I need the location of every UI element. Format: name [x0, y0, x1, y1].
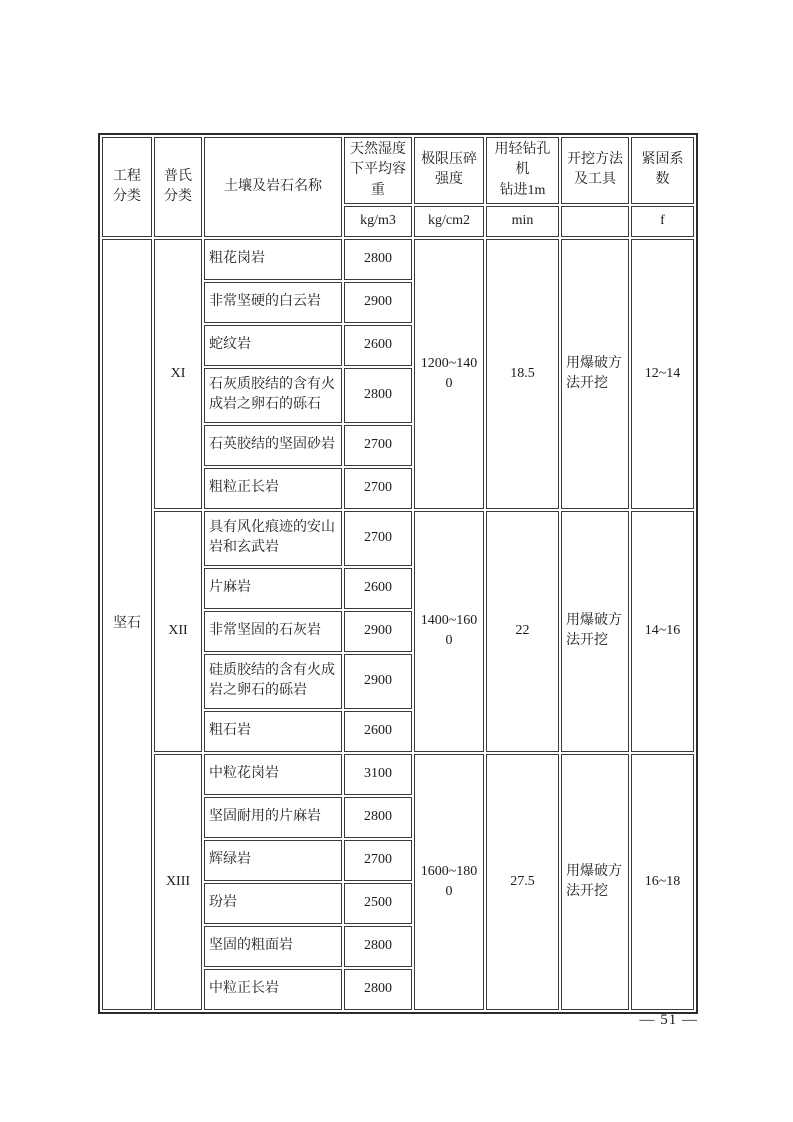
rock-name-cell: 粗粒正长岩 — [204, 468, 342, 509]
cell-class-xiii: XIII — [154, 754, 202, 1010]
rock-name-cell: 片麻岩 — [204, 568, 342, 609]
drill-time-cell-xi: 18.5 — [486, 239, 559, 509]
density-cell: 2700 — [344, 840, 412, 881]
cell-class-xii: XII — [154, 511, 202, 752]
header-firmness-title: 紧固系数 — [631, 137, 694, 204]
density-cell: 2700 — [344, 425, 412, 466]
header-engineering-class: 工程 分类 — [102, 137, 152, 237]
rock-name-cell: 具有风化痕迹的安山岩和玄武岩 — [204, 511, 342, 566]
density-cell: 2500 — [344, 883, 412, 924]
rock-name-cell: 坚固的粗面岩 — [204, 926, 342, 967]
header-density-title: 天然湿度 下平均容重 — [344, 137, 412, 204]
density-cell: 2900 — [344, 611, 412, 652]
density-cell: 2900 — [344, 282, 412, 323]
header-row-titles: 工程 分类 普氏 分类 土壤及岩石名称 天然湿度 下平均容重 极限压碎 强度 用… — [102, 137, 694, 204]
firmness-cell-xii: 14~16 — [631, 511, 694, 752]
strength-cell-xiii: 1600~1800 — [414, 754, 484, 1010]
rock-name-cell: 玢岩 — [204, 883, 342, 924]
strength-cell-xi: 1200~1400 — [414, 239, 484, 509]
rock-name-cell: 中粒花岗岩 — [204, 754, 342, 795]
header-drill-time-title: 用轻钻孔机 钻进1m — [486, 137, 559, 204]
header-crush-strength-title: 极限压碎 强度 — [414, 137, 484, 204]
rock-name-cell: 坚固耐用的片麻岩 — [204, 797, 342, 838]
rock-name-cell: 辉绿岩 — [204, 840, 342, 881]
density-cell: 3100 — [344, 754, 412, 795]
density-cell: 2600 — [344, 325, 412, 366]
density-cell: 2600 — [344, 711, 412, 752]
unit-excavation — [561, 206, 629, 237]
density-cell: 2600 — [344, 568, 412, 609]
cell-class-xi: XI — [154, 239, 202, 509]
header-protodyakonov-class: 普氏 分类 — [154, 137, 202, 237]
density-cell: 2800 — [344, 797, 412, 838]
rock-name-cell: 非常坚硬的白云岩 — [204, 282, 342, 323]
table-row: XII 具有风化痕迹的安山岩和玄武岩 2700 1400~1600 22 用爆破… — [102, 511, 694, 566]
strength-cell-xii: 1400~1600 — [414, 511, 484, 752]
rock-name-cell: 非常坚固的石灰岩 — [204, 611, 342, 652]
cell-engineering-class: 坚石 — [102, 239, 152, 1010]
page-number: — 51 — — [98, 1012, 698, 1029]
rock-classification-table: 工程 分类 普氏 分类 土壤及岩石名称 天然湿度 下平均容重 极限压碎 强度 用… — [98, 133, 698, 1014]
rock-name-cell: 石英胶结的坚固砂岩 — [204, 425, 342, 466]
density-cell: 2900 — [344, 654, 412, 709]
density-cell: 2800 — [344, 368, 412, 423]
rock-name-cell: 硅质胶结的含有火成岩之卵石的砾岩 — [204, 654, 342, 709]
method-cell-xii: 用爆破方法开挖 — [561, 511, 629, 752]
header-excavation-title: 开挖方法 及工具 — [561, 137, 629, 204]
method-cell-xiii: 用爆破方法开挖 — [561, 754, 629, 1010]
document-page: 工程 分类 普氏 分类 土壤及岩石名称 天然湿度 下平均容重 极限压碎 强度 用… — [0, 0, 793, 1122]
table-row: 坚石 XI 粗花岗岩 2800 1200~1400 18.5 用爆破方法开挖 1… — [102, 239, 694, 280]
density-cell: 2700 — [344, 468, 412, 509]
rock-name-cell: 中粒正长岩 — [204, 969, 342, 1010]
unit-firmness: f — [631, 206, 694, 237]
density-cell: 2800 — [344, 926, 412, 967]
firmness-cell-xiii: 16~18 — [631, 754, 694, 1010]
unit-density: kg/m3 — [344, 206, 412, 237]
unit-drill-time: min — [486, 206, 559, 237]
table-row: XIII 中粒花岗岩 3100 1600~1800 27.5 用爆破方法开挖 1… — [102, 754, 694, 795]
rock-name-cell: 粗花岗岩 — [204, 239, 342, 280]
drill-time-cell-xiii: 27.5 — [486, 754, 559, 1010]
header-soil-rock-name: 土壤及岩石名称 — [204, 137, 342, 237]
firmness-cell-xi: 12~14 — [631, 239, 694, 509]
density-cell: 2800 — [344, 969, 412, 1010]
unit-crush-strength: kg/cm2 — [414, 206, 484, 237]
rock-name-cell: 石灰质胶结的含有火成岩之卵石的砾石 — [204, 368, 342, 423]
rock-name-cell: 蛇纹岩 — [204, 325, 342, 366]
density-cell: 2800 — [344, 239, 412, 280]
drill-time-cell-xii: 22 — [486, 511, 559, 752]
method-cell-xi: 用爆破方法开挖 — [561, 239, 629, 509]
density-cell: 2700 — [344, 511, 412, 566]
rock-name-cell: 粗石岩 — [204, 711, 342, 752]
